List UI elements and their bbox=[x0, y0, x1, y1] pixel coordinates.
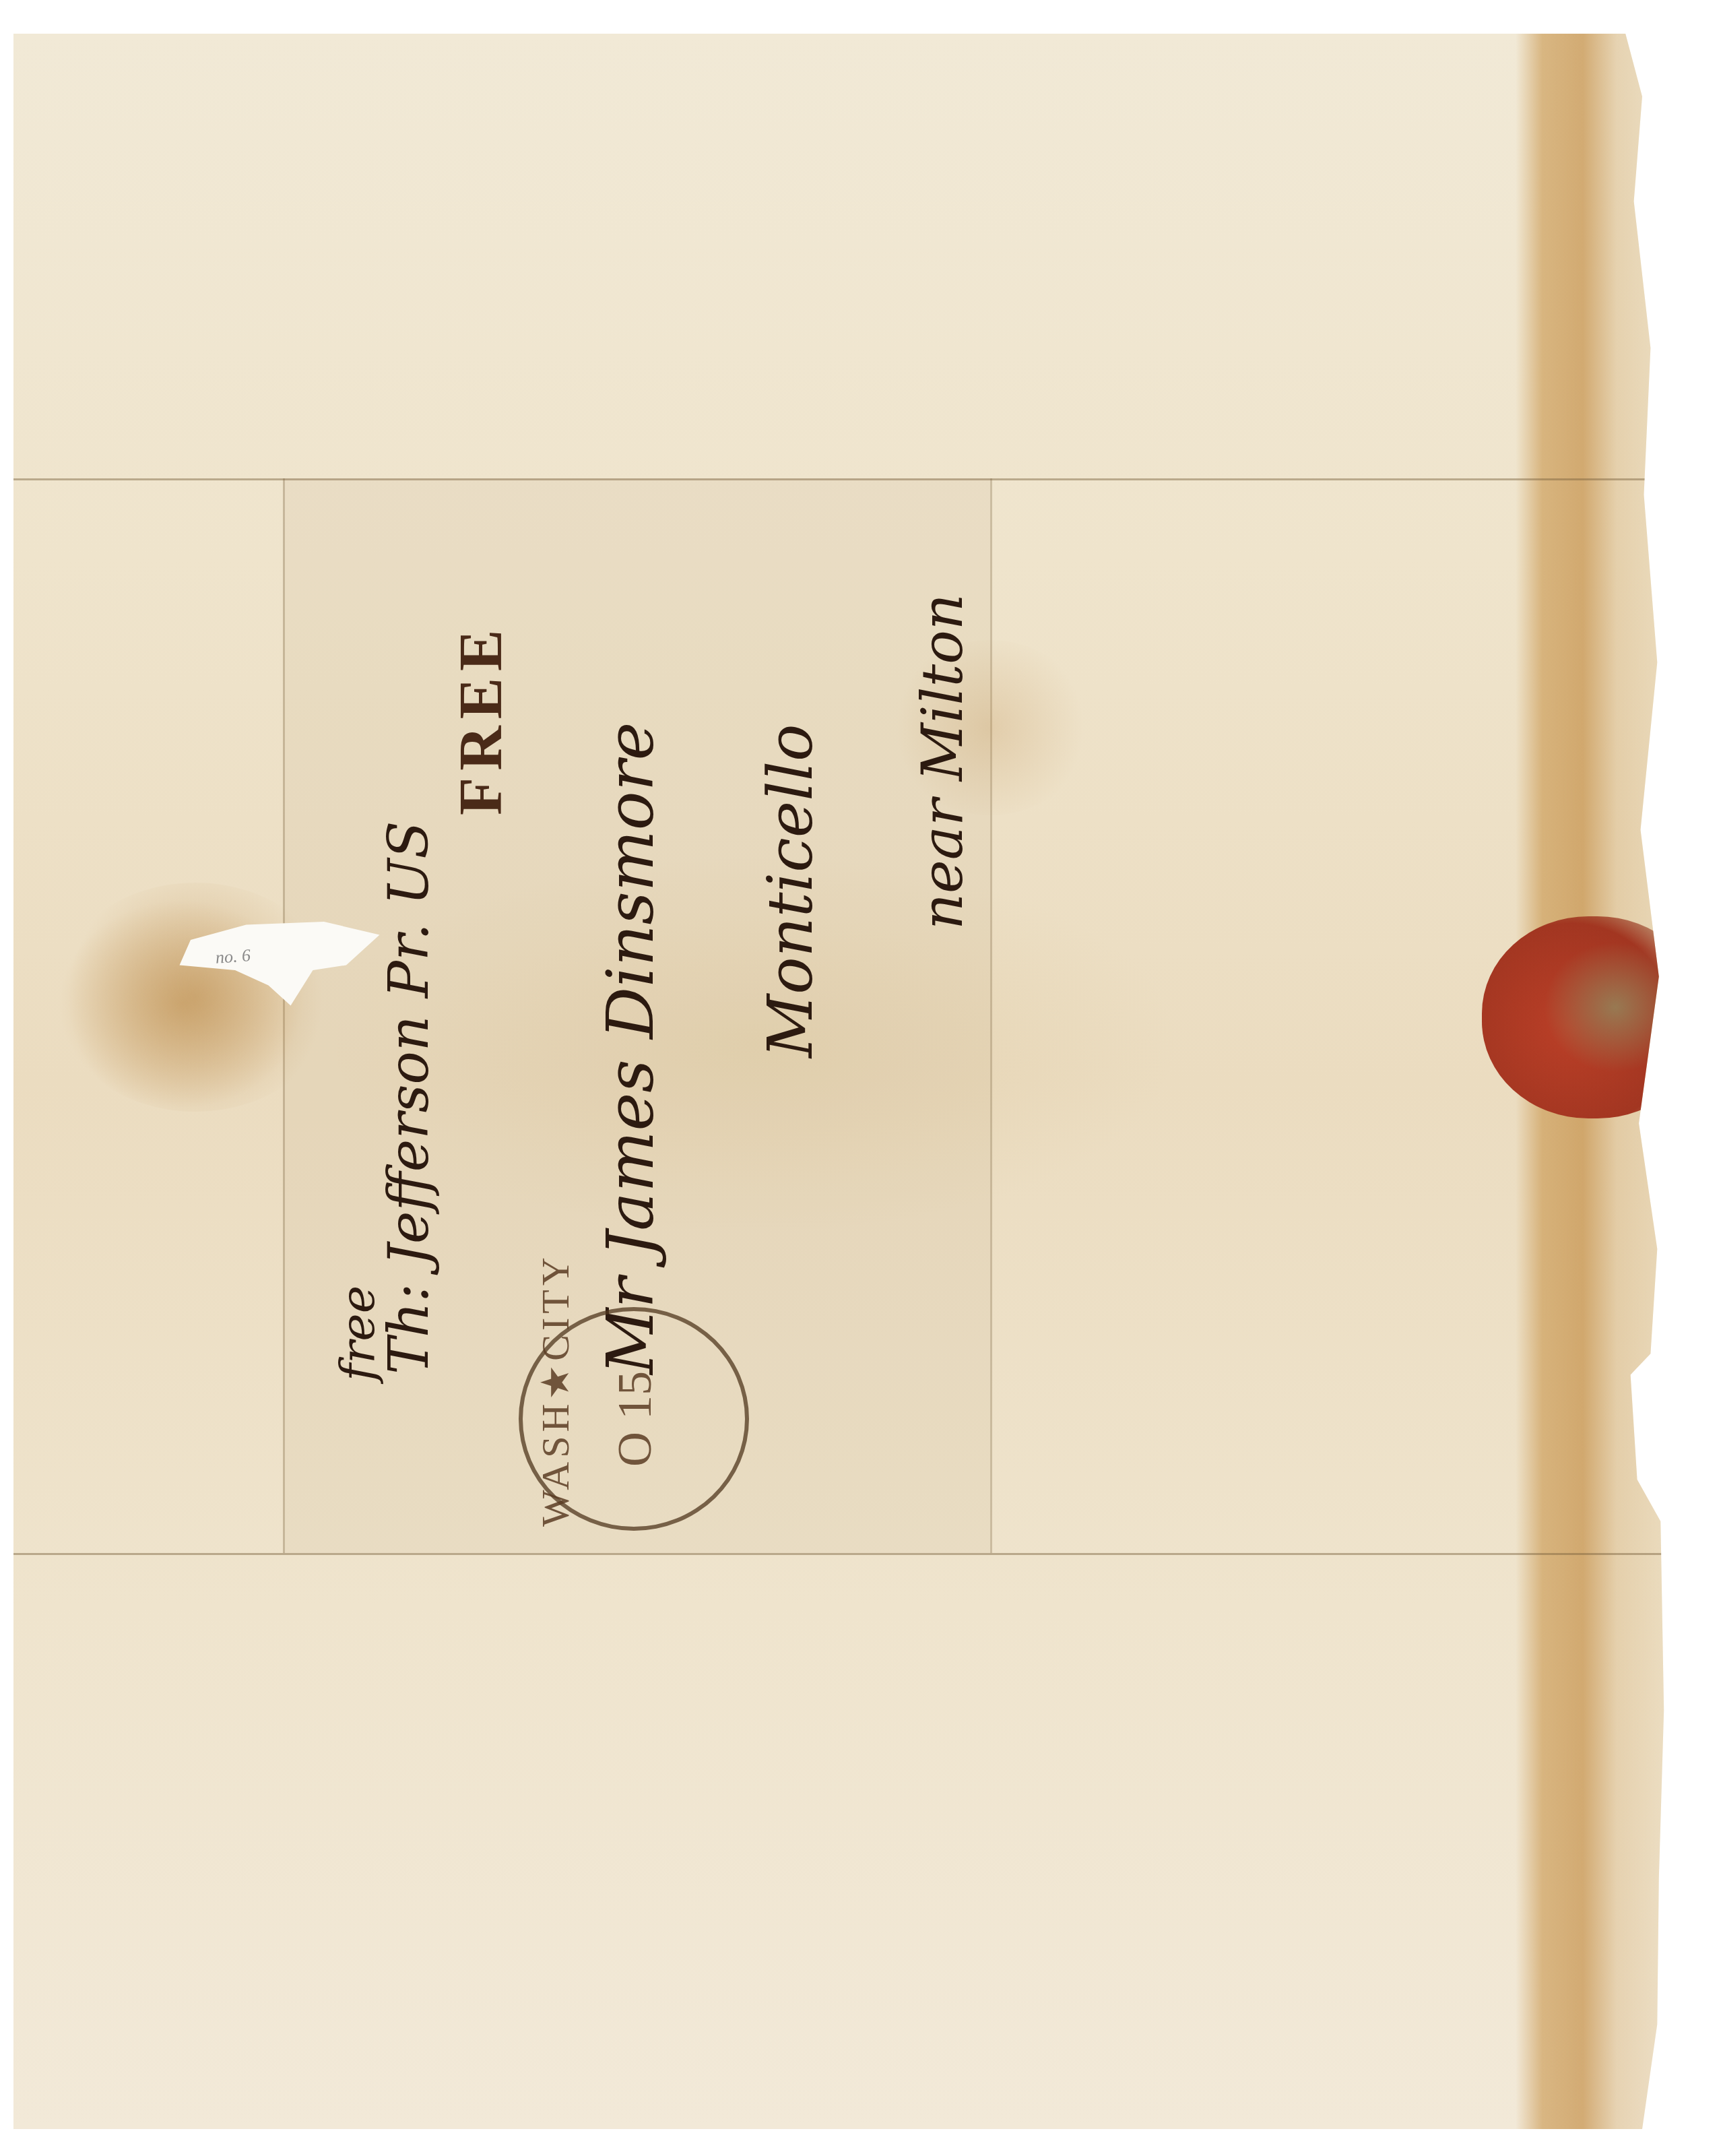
free-stamp: FREE bbox=[445, 623, 516, 815]
letter-paper: no. 6 FREE free Th: Jefferson Pr. US Mr … bbox=[13, 34, 1684, 2129]
pencil-note: no. 6 bbox=[215, 945, 251, 968]
wax-seal bbox=[1482, 916, 1704, 1118]
horizontal-fold-upper bbox=[13, 478, 1684, 480]
address-locality: near Milton bbox=[909, 594, 975, 930]
postmark-ring-text: WASH★CITY bbox=[532, 1311, 578, 1527]
horizontal-fold-lower bbox=[13, 1553, 1684, 1555]
postmark-date: O 15 bbox=[607, 1311, 663, 1527]
frank-signature: Th: Jefferson Pr. US bbox=[377, 821, 441, 1374]
washington-city-postmark: WASH★CITY O 15 bbox=[519, 1307, 749, 1531]
address-recipient: Mr James Dinsmore bbox=[593, 722, 668, 1374]
address-place: Monticello bbox=[754, 724, 826, 1058]
